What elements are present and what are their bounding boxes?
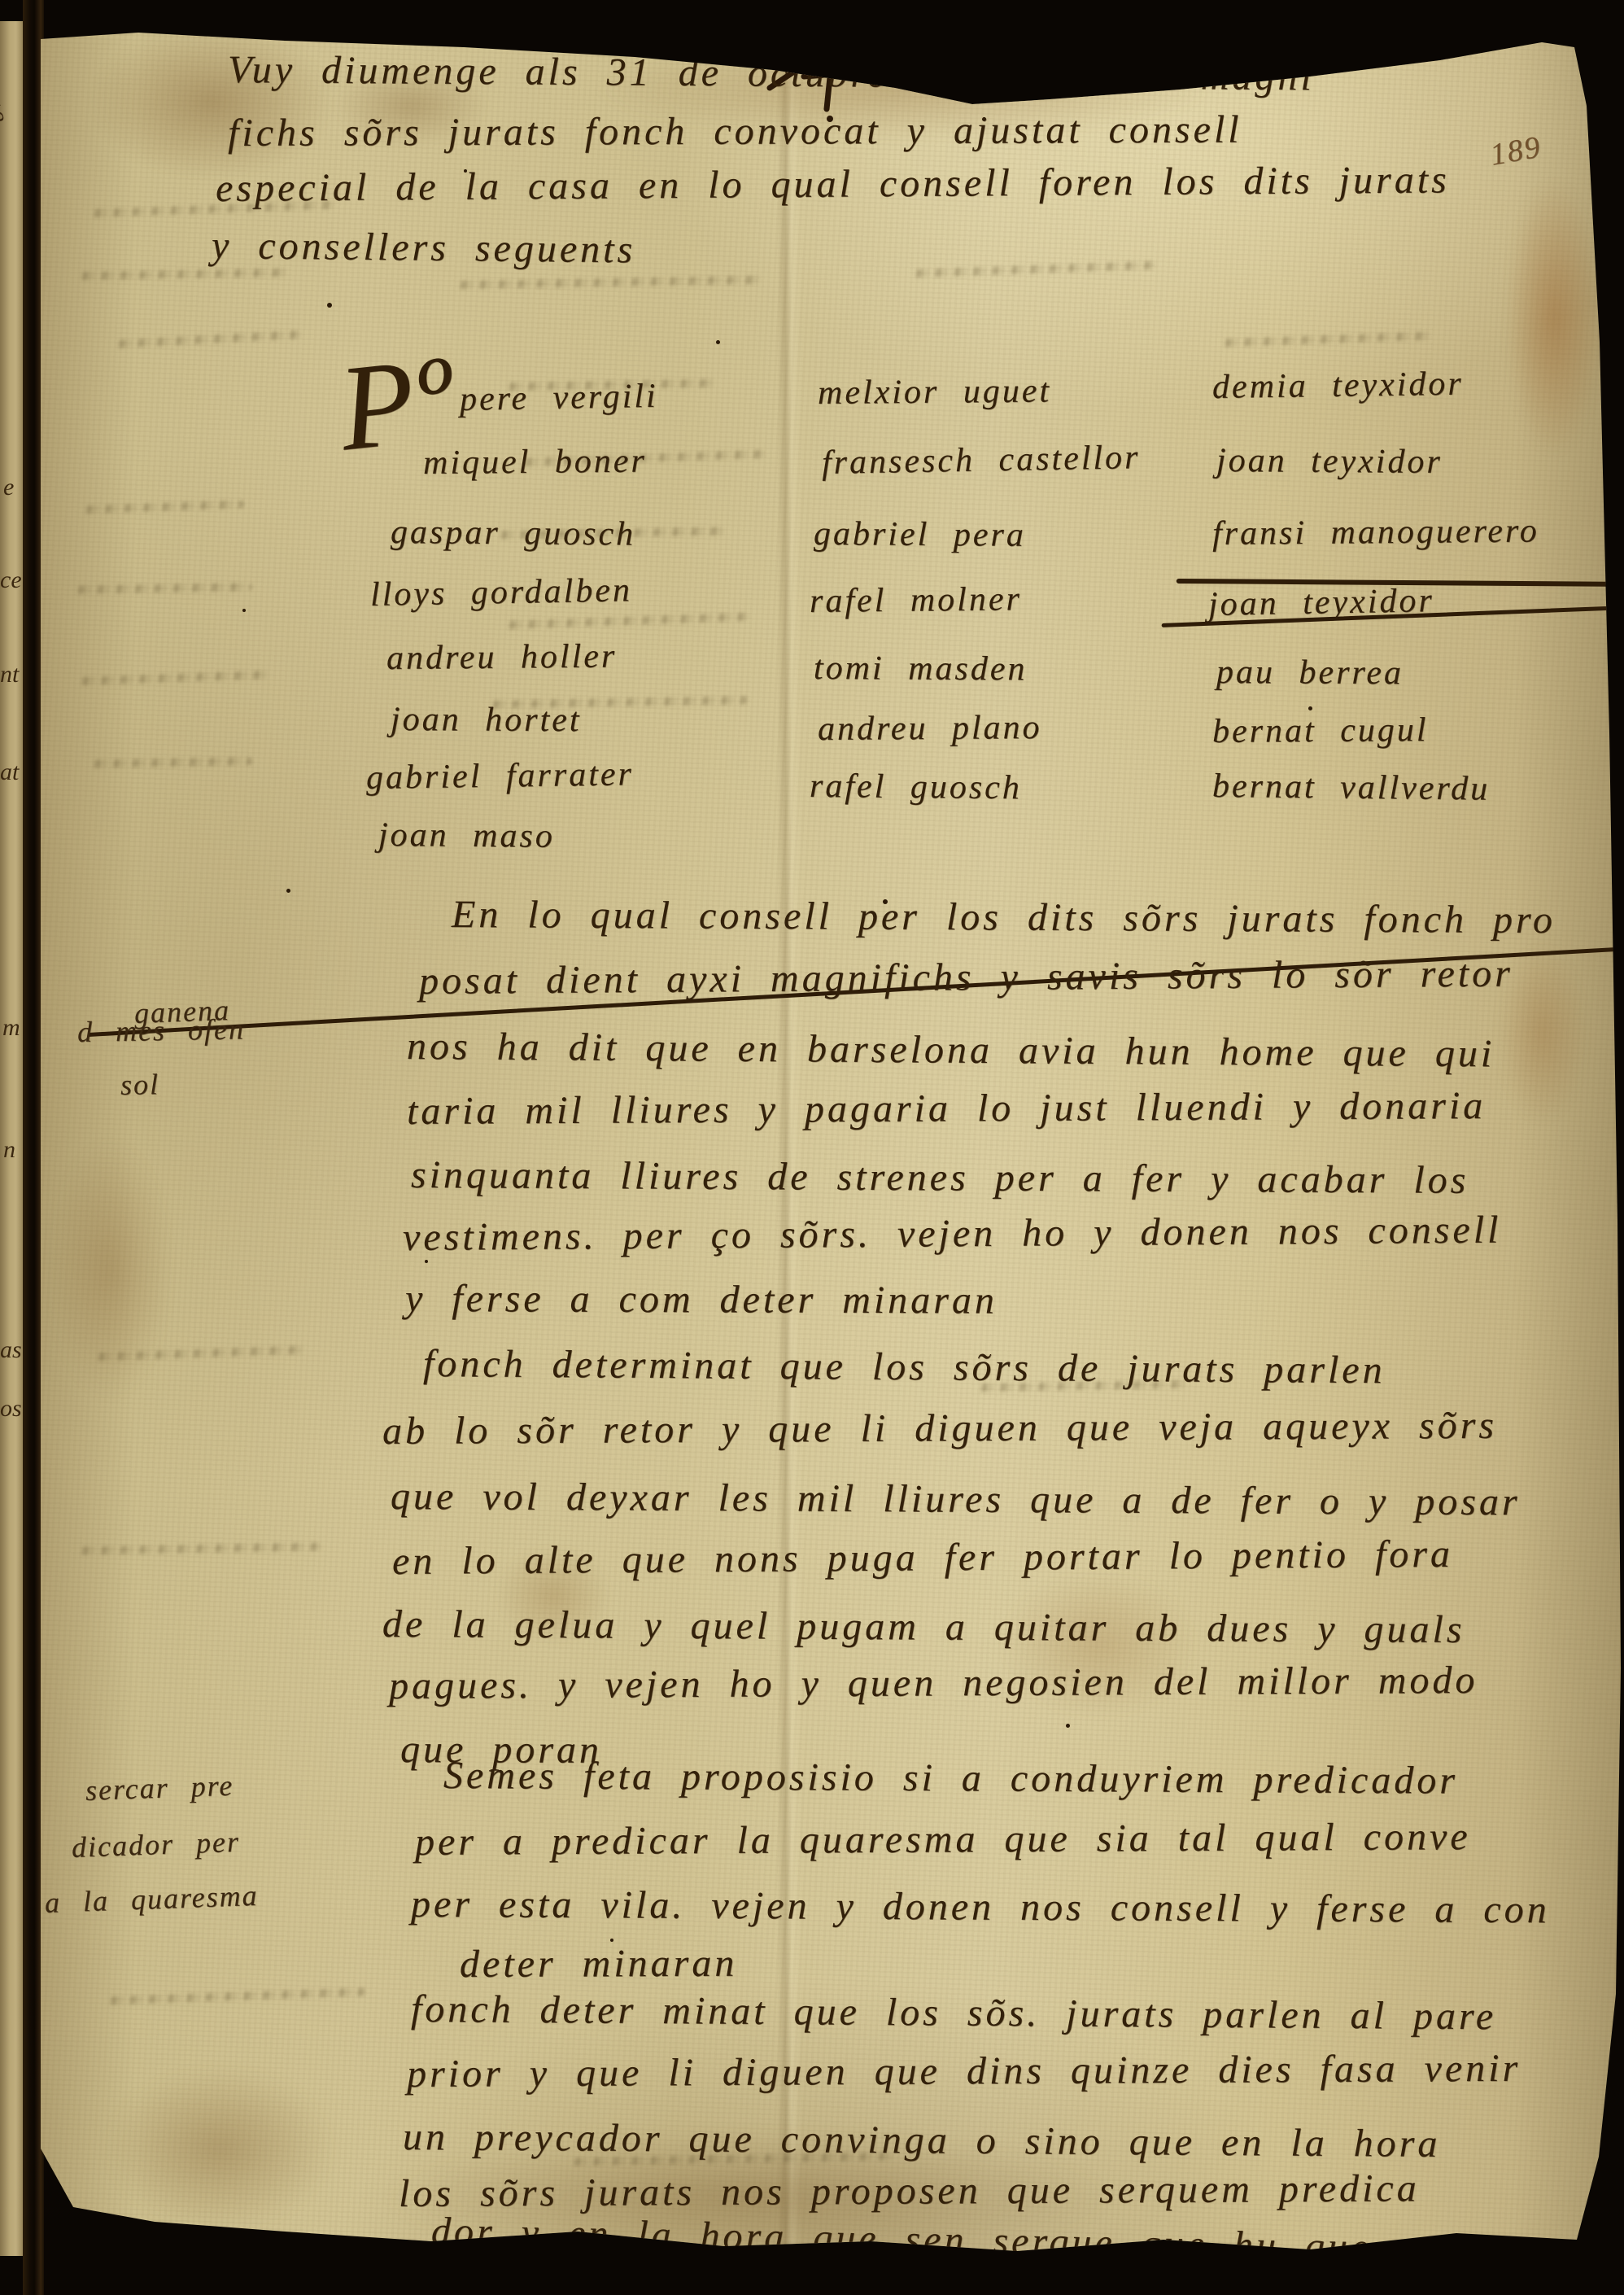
paper-grain	[41, 0, 1624, 2295]
body-line: vestimens. per ço sõrs. vejen ho y donen…	[403, 1211, 1502, 1257]
body-line: taria mil lliures y pagaria lo just llue…	[407, 1086, 1486, 1131]
stain	[49, 1139, 171, 1400]
body-line: ab lo sõr retor y que li diguen que veja…	[382, 1406, 1497, 1451]
body-line: pagues. y vejen ho y quen negosien del m…	[389, 1661, 1478, 1706]
bleedthrough-line	[106, 1987, 366, 2004]
ink-speck	[1066, 1724, 1070, 1728]
bleedthrough-line	[73, 583, 252, 594]
attendee-name: melxior uguet	[818, 374, 1051, 410]
body-line: deter minaran	[460, 1944, 737, 1984]
body-line: que vol deyxar les mil lliures que a de …	[391, 1477, 1521, 1522]
ink-speck	[1308, 706, 1312, 710]
body-line: nos ha dit que en barselona avia hun hom…	[407, 1027, 1495, 1073]
edge-fragment: ce	[0, 568, 22, 592]
body-line: sinquanta lliures de strenes per a fer y…	[411, 1156, 1469, 1200]
manuscript-page: 189 Vuy diumenge als 31 de octubre 1604 …	[41, 0, 1624, 2295]
bleedthrough-line	[77, 671, 273, 685]
stain	[106, 2067, 334, 2230]
attendee-name: rafel molner	[810, 582, 1022, 619]
center-crease	[777, 0, 801, 2295]
attendee-name: andreu plano	[818, 710, 1042, 746]
body-line: dor y en la hora que sen serque que hu q…	[431, 2212, 1567, 2271]
heading-line: Vuy diumenge als 31 de octubre 1604 per …	[228, 50, 1315, 97]
attendee-name: fransi manoguerero	[1212, 514, 1539, 551]
stain	[89, 24, 334, 179]
body-line: y ferse a com deter minaran	[405, 1279, 998, 1321]
attendee-name: fransesch castellor	[822, 440, 1141, 480]
margin-note-line: sercar pre	[85, 1771, 234, 1805]
attendee-name: gabriel farrater	[366, 757, 634, 795]
body-line: Semes feta proposisio si a conduyriem pr…	[443, 1756, 1458, 1801]
margin-note-line: dicador per	[71, 1827, 240, 1862]
body-line: en lo alte que nons puga fer portar lo p…	[392, 1535, 1453, 1581]
edge-fragment: as	[0, 1338, 22, 1362]
body-line: los sõrs jurats nos proposen que serquem…	[399, 2169, 1420, 2214]
attendee-name: lloys gordalben	[370, 573, 633, 612]
bleedthrough-line	[81, 501, 244, 514]
attendee-name: joan maso	[378, 818, 555, 854]
attendee-name: bernat vallverdu	[1212, 769, 1491, 807]
body-line: prior y que li diguen que dins quinze di…	[407, 2049, 1521, 2094]
edge-fragment: m	[2, 1016, 20, 1040]
body-line: de la gelua y quel pugam a quitar ab due…	[382, 1605, 1465, 1650]
attendee-name: rafel guosch	[810, 769, 1022, 805]
body-line: un preycador que convinga o sino que en …	[403, 2118, 1441, 2164]
attendee-name-struck: joan teyxidor	[1208, 560, 1624, 622]
attendee-name: andreu holler	[386, 640, 618, 675]
edge-fragment: at	[0, 760, 19, 785]
ink-speck	[286, 889, 290, 893]
bleedthrough-line	[89, 757, 252, 767]
body-line: En lo qual consell per los dits sõrs jur…	[452, 895, 1556, 940]
stain	[1505, 179, 1603, 456]
attendee-name: pau berrea	[1216, 655, 1404, 690]
heading-line: fichs sõrs jurats fonch convocat y ajust…	[228, 111, 1242, 153]
edge-fragment: n	[3, 1138, 15, 1162]
previous-page-edge: 18 e ce nt at m n as os	[0, 21, 24, 2256]
edge-fragment: os	[0, 1397, 22, 1421]
ink-speck	[716, 340, 720, 344]
body-line: fonch deter minat que los sõs. jurats pa…	[411, 1990, 1496, 2036]
margin-note-line: d mes ofen	[77, 1014, 246, 1047]
bleedthrough-line	[77, 1542, 321, 1554]
ink-speck	[242, 609, 246, 612]
ink-speck	[425, 1260, 428, 1263]
margin-note-line: sol	[120, 1069, 160, 1099]
manuscript-scan: 18 e ce nt at m n as os	[0, 0, 1624, 2295]
body-line: posat dient ayxi magnifichs y savis sõrs…	[419, 955, 1513, 1001]
attendee-name: gabriel pera	[814, 517, 1026, 553]
bleedthrough-line	[94, 1345, 305, 1361]
attendee-name: pere vergili	[460, 379, 658, 417]
bleedthrough-line	[77, 269, 289, 281]
body-line: per a predicar la quaresma que sia tal q…	[415, 1817, 1471, 1862]
heading-line: y consellers seguents	[212, 226, 636, 269]
bleedthrough-line	[504, 613, 749, 629]
heading-line: especial de la casa en lo qual consell f…	[216, 160, 1450, 208]
attendee-name: joan hortet	[391, 702, 582, 737]
body-line: fonch determinat que los sõrs de jurats …	[423, 1344, 1386, 1390]
edge-fragment: nt	[0, 662, 19, 687]
attendee-name: bernat cugul	[1212, 713, 1429, 749]
bleedthrough-line	[114, 330, 301, 348]
attendee-name: joan teyxidor	[1216, 444, 1443, 479]
bleedthrough-line	[456, 276, 765, 290]
folio-number: 189	[1488, 131, 1544, 170]
edge-fragment: e	[3, 475, 14, 500]
attendee-name: miquel boner	[423, 444, 647, 480]
attendee-name: gaspar guosch	[391, 515, 636, 552]
bleedthrough-line	[1220, 331, 1432, 347]
body-line: per esta vila. vejen y donen nos consell…	[411, 1885, 1550, 1930]
edge-fragment: 18	[0, 96, 7, 125]
margin-note-line: a la quaresma	[44, 1881, 259, 1917]
attendee-name: tomi masden	[814, 651, 1028, 686]
attendee-name: demia teyxidor	[1212, 367, 1464, 404]
ink-speck	[327, 303, 332, 308]
bleedthrough-line	[911, 261, 1155, 278]
